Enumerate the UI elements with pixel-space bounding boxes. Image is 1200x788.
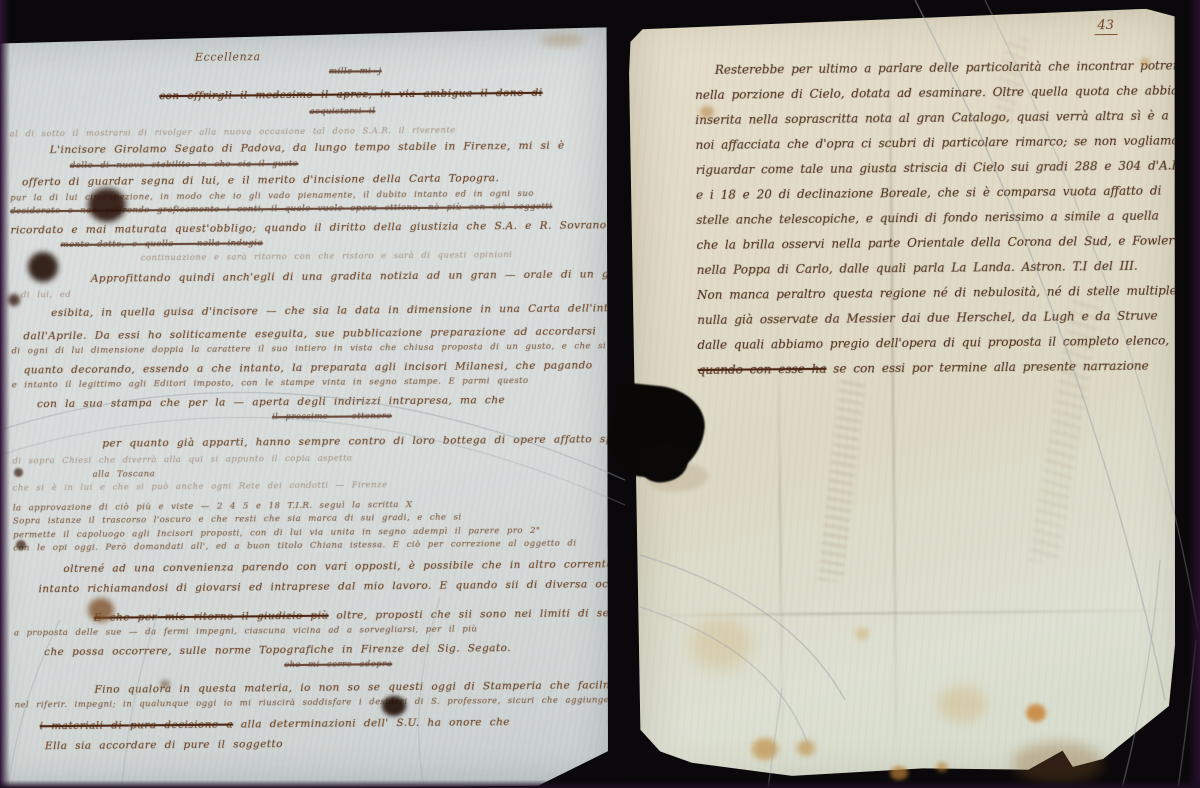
manuscript-line: acquistarsi il [309, 103, 599, 119]
line-text: nella porzione di Cielo, dotata ad esami… [695, 83, 1197, 102]
line-text: con offrirgli il medesimo il aprez, in v… [159, 86, 542, 101]
manuscript-line: mille mi j [329, 63, 599, 79]
manuscript-line: oltrené ad una convenienza parendo con v… [63, 555, 603, 578]
line-text: Non manca peraltro questa regione né di … [697, 283, 1181, 302]
line-text: che mi corre adopra [284, 659, 392, 670]
line-text: nella Poppa di Carlo, dalle quali parla … [697, 259, 1138, 277]
manuscript-line: intanto richiamandosi di giovarsi ed int… [38, 575, 603, 598]
left-page-text-block: mille mi jcon offrirgli il medesimo il a… [9, 63, 605, 756]
line-text: stelle anche telescopiche, e quindi di f… [696, 209, 1159, 227]
line-text: noi affacciata che d'opra ci scubri di p… [695, 133, 1178, 152]
line-text: alla Toscana [93, 469, 156, 480]
line-text: mente detto, e quella — nella indugia [61, 238, 263, 250]
right-manuscript-page: 43 Resterebbe per ultimo a parlare delle… [626, 5, 1189, 788]
line-text: continuazione e sarà ritorno con che ris… [141, 250, 513, 263]
left-manuscript-page: Eccellenza mille mi jcon offrirgli il me… [0, 27, 613, 788]
line-text: di lui, ed [21, 289, 71, 299]
line-text: che si è in lui e che si può anche ogni … [13, 480, 388, 493]
struck-text: i materiali di pura decisione a [40, 718, 233, 732]
line-text: acquistarsi il [309, 106, 375, 117]
line-text: il prossimo — ottenere [272, 411, 392, 422]
line-text: alla determinazioni dell' S.U. ha onore … [233, 716, 510, 730]
page-number: 43 [1094, 18, 1117, 35]
line-text: che possa occorrere, sulle norme Topogra… [44, 642, 511, 658]
line-text: per quanto già apparti, hanno sempre con… [102, 432, 648, 449]
line-text: con la sua stampa che per la — aperta de… [37, 394, 505, 410]
horizontal-crease [632, 609, 1188, 616]
line-text: a proposta delle sue — da fermi impegni,… [14, 624, 477, 638]
line-text: Approfittando quindi anch'egli di una gr… [91, 268, 648, 285]
manuscript-line: esibita, in quella guisa d'incisore — ch… [51, 299, 601, 322]
line-text: e intanto il legittimo agli Editori impo… [12, 376, 529, 391]
struck-text: quando con esse ha [698, 362, 827, 377]
line-text: che la brilla osservi nella parte Orient… [696, 233, 1174, 252]
line-text: esibita, in quella guisa d'incisore — ch… [51, 302, 631, 319]
line-text: di sopra Chiesi che diverrà alla qui si … [12, 454, 352, 467]
line-text: al di sotto il mostrarsi di rivolger all… [10, 125, 456, 139]
line-text: la approvazione di ciò più e viste — 2 4… [13, 499, 413, 512]
manuscript-line: i materiali di pura decisione a alla det… [40, 712, 605, 735]
line-text: desiderato o non soffrendo graficamente … [10, 202, 552, 217]
line-text: inserita nella soprascritta nota al gran… [695, 108, 1168, 127]
manuscript-line: che mi corre adopra [284, 656, 604, 672]
photo-edge-vignette [1188, 0, 1200, 788]
line-text: dall'Aprile. Da essi ho soliticamente es… [23, 325, 596, 342]
line-text: oltrené ad una convenienza parendo con v… [63, 557, 687, 574]
vertical-crease [777, 321, 783, 788]
line-text: intanto richiamandosi di giovarsi ed int… [39, 578, 652, 595]
right-page-text-block: Resterebbe per ultimo a parlare delle pa… [695, 53, 1180, 383]
line-text: Ella sia accordare di pure il soggetto [45, 738, 283, 752]
salutation-heading: Eccellenza [195, 50, 261, 64]
line-text: ricordato e mai maturata quest'obbligo; … [10, 218, 704, 236]
line-text: L'incisore Girolamo Segato di Padova, da… [50, 140, 565, 156]
line-text: con le opi oggi. Però domandati all', ed… [13, 539, 576, 554]
line-text: riguardar come tale una giusta striscia … [696, 158, 1185, 177]
manuscript-line: Ella sia accordare di pure il soggetto [45, 732, 605, 755]
manuscript-line: per quanto già apparti, hanno sempre con… [102, 430, 602, 453]
manuscript-photo: Eccellenza mille mi jcon offrirgli il me… [0, 0, 1200, 788]
line-text: e i 18 e 20 di declinazione Boreale, che… [696, 184, 1161, 202]
line-text: offerto di guardar segna di lui, e il me… [22, 172, 499, 188]
line-text: Fino qualora in questa materia, io non s… [94, 678, 715, 695]
line-text: dalle quali abbiamo pregio dell'opera di… [697, 333, 1169, 352]
line-text: quanto decorando, essendo a che intanto,… [24, 359, 593, 376]
line-text: delle di nuovo stabilito in che sia il g… [70, 158, 298, 170]
manuscript-line: quando con esse ha se con essi por termi… [698, 353, 1180, 383]
line-text: nulla già osservate da Messier dai due H… [697, 309, 1157, 327]
line-text: oltre, proposti che sii sono nei limiti … [329, 606, 682, 621]
line-text: se con essi por termine alla presente na… [826, 359, 1148, 376]
manuscript-line: con offrirgli il medesimo il aprez, in v… [159, 83, 599, 105]
line-text: Resterebbe per ultimo a parlare delle pa… [715, 58, 1192, 77]
manuscript-line: il prossimo — ottenere [272, 408, 602, 424]
line-text: Sopra istanze il trascorso l'oscuro e ch… [13, 513, 462, 527]
ink-bleed-through [817, 376, 866, 583]
manuscript-line: continuazione e sarà ritorno con che ris… [141, 248, 601, 266]
line-text: mille mi j [329, 66, 382, 76]
struck-text: E che per mio ritorno il giudizio più [94, 609, 329, 623]
